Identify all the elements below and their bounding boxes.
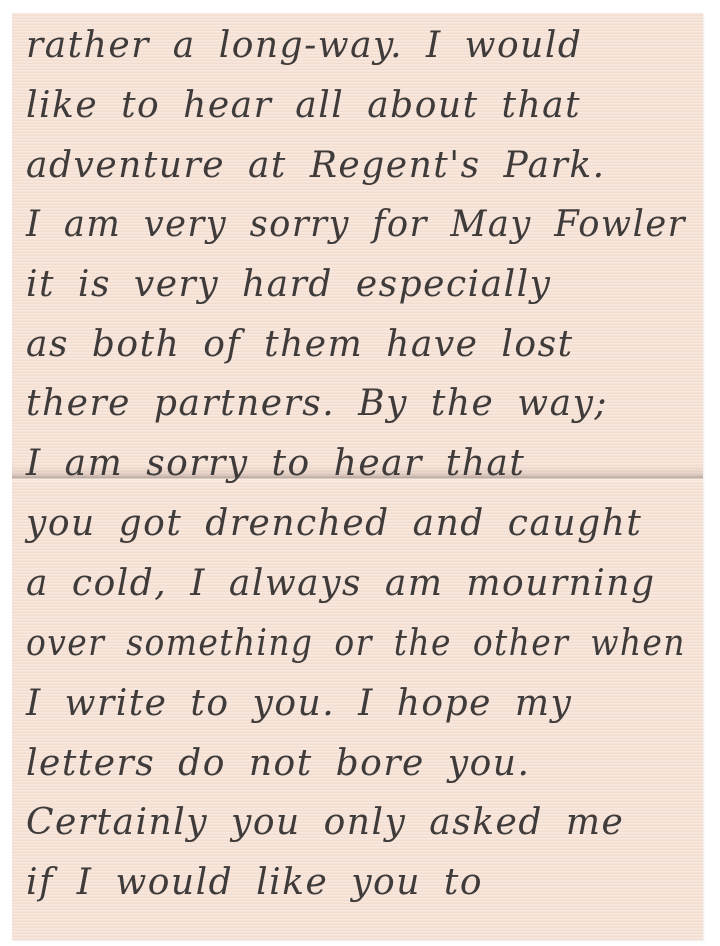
handwritten-line-2: like to hear all about that xyxy=(26,88,581,124)
handwritten-line-15: if I would like you to xyxy=(26,865,483,901)
handwritten-line-4: I am very sorry for May Fowler xyxy=(26,207,686,243)
handwritten-line-11: over something or the other when xyxy=(26,626,686,662)
handwritten-line-8: I am sorry to hear that xyxy=(26,446,525,482)
handwritten-line-1: rather a long-way. I would xyxy=(26,28,582,64)
handwritten-line-6: as both of them have lost xyxy=(26,327,574,363)
handwritten-line-9: you got drenched and caught xyxy=(26,506,642,542)
handwritten-line-13: letters do not bore you. xyxy=(26,746,530,782)
handwritten-line-12: I write to you. I hope my xyxy=(26,686,572,722)
handwritten-line-14: Certainly you only asked me xyxy=(26,805,624,841)
handwritten-line-7: there partners. By the way; xyxy=(26,386,608,422)
handwritten-line-10: a cold, I always am mourning xyxy=(26,566,656,602)
handwritten-line-3: adventure at Regent's Park. xyxy=(26,148,606,184)
handwritten-line-5: it is very hard especially xyxy=(26,267,551,303)
